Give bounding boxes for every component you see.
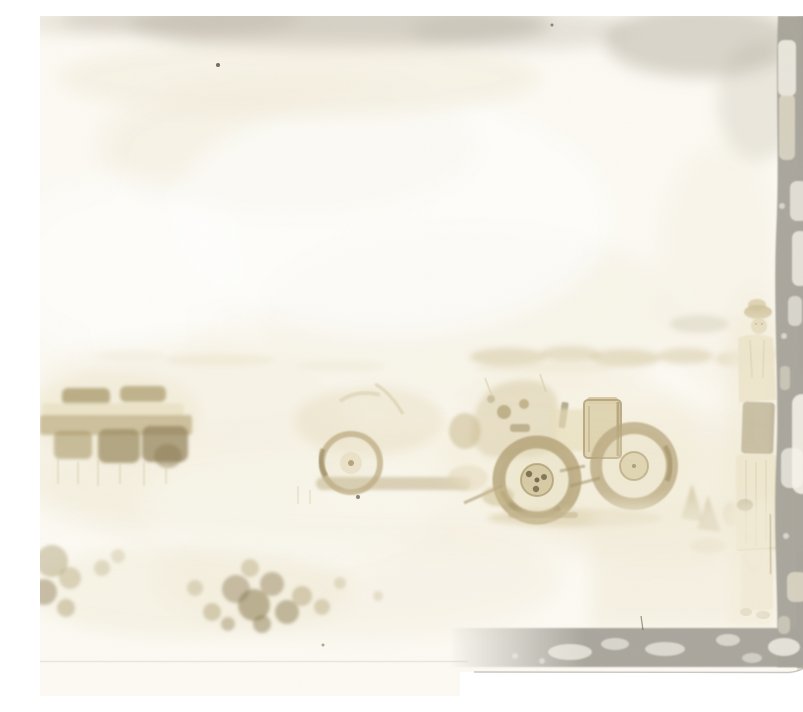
paper-grain	[40, 16, 803, 696]
photo-canvas	[40, 16, 803, 696]
vintage-photo	[40, 16, 803, 696]
outside-white-bottom	[460, 672, 803, 696]
